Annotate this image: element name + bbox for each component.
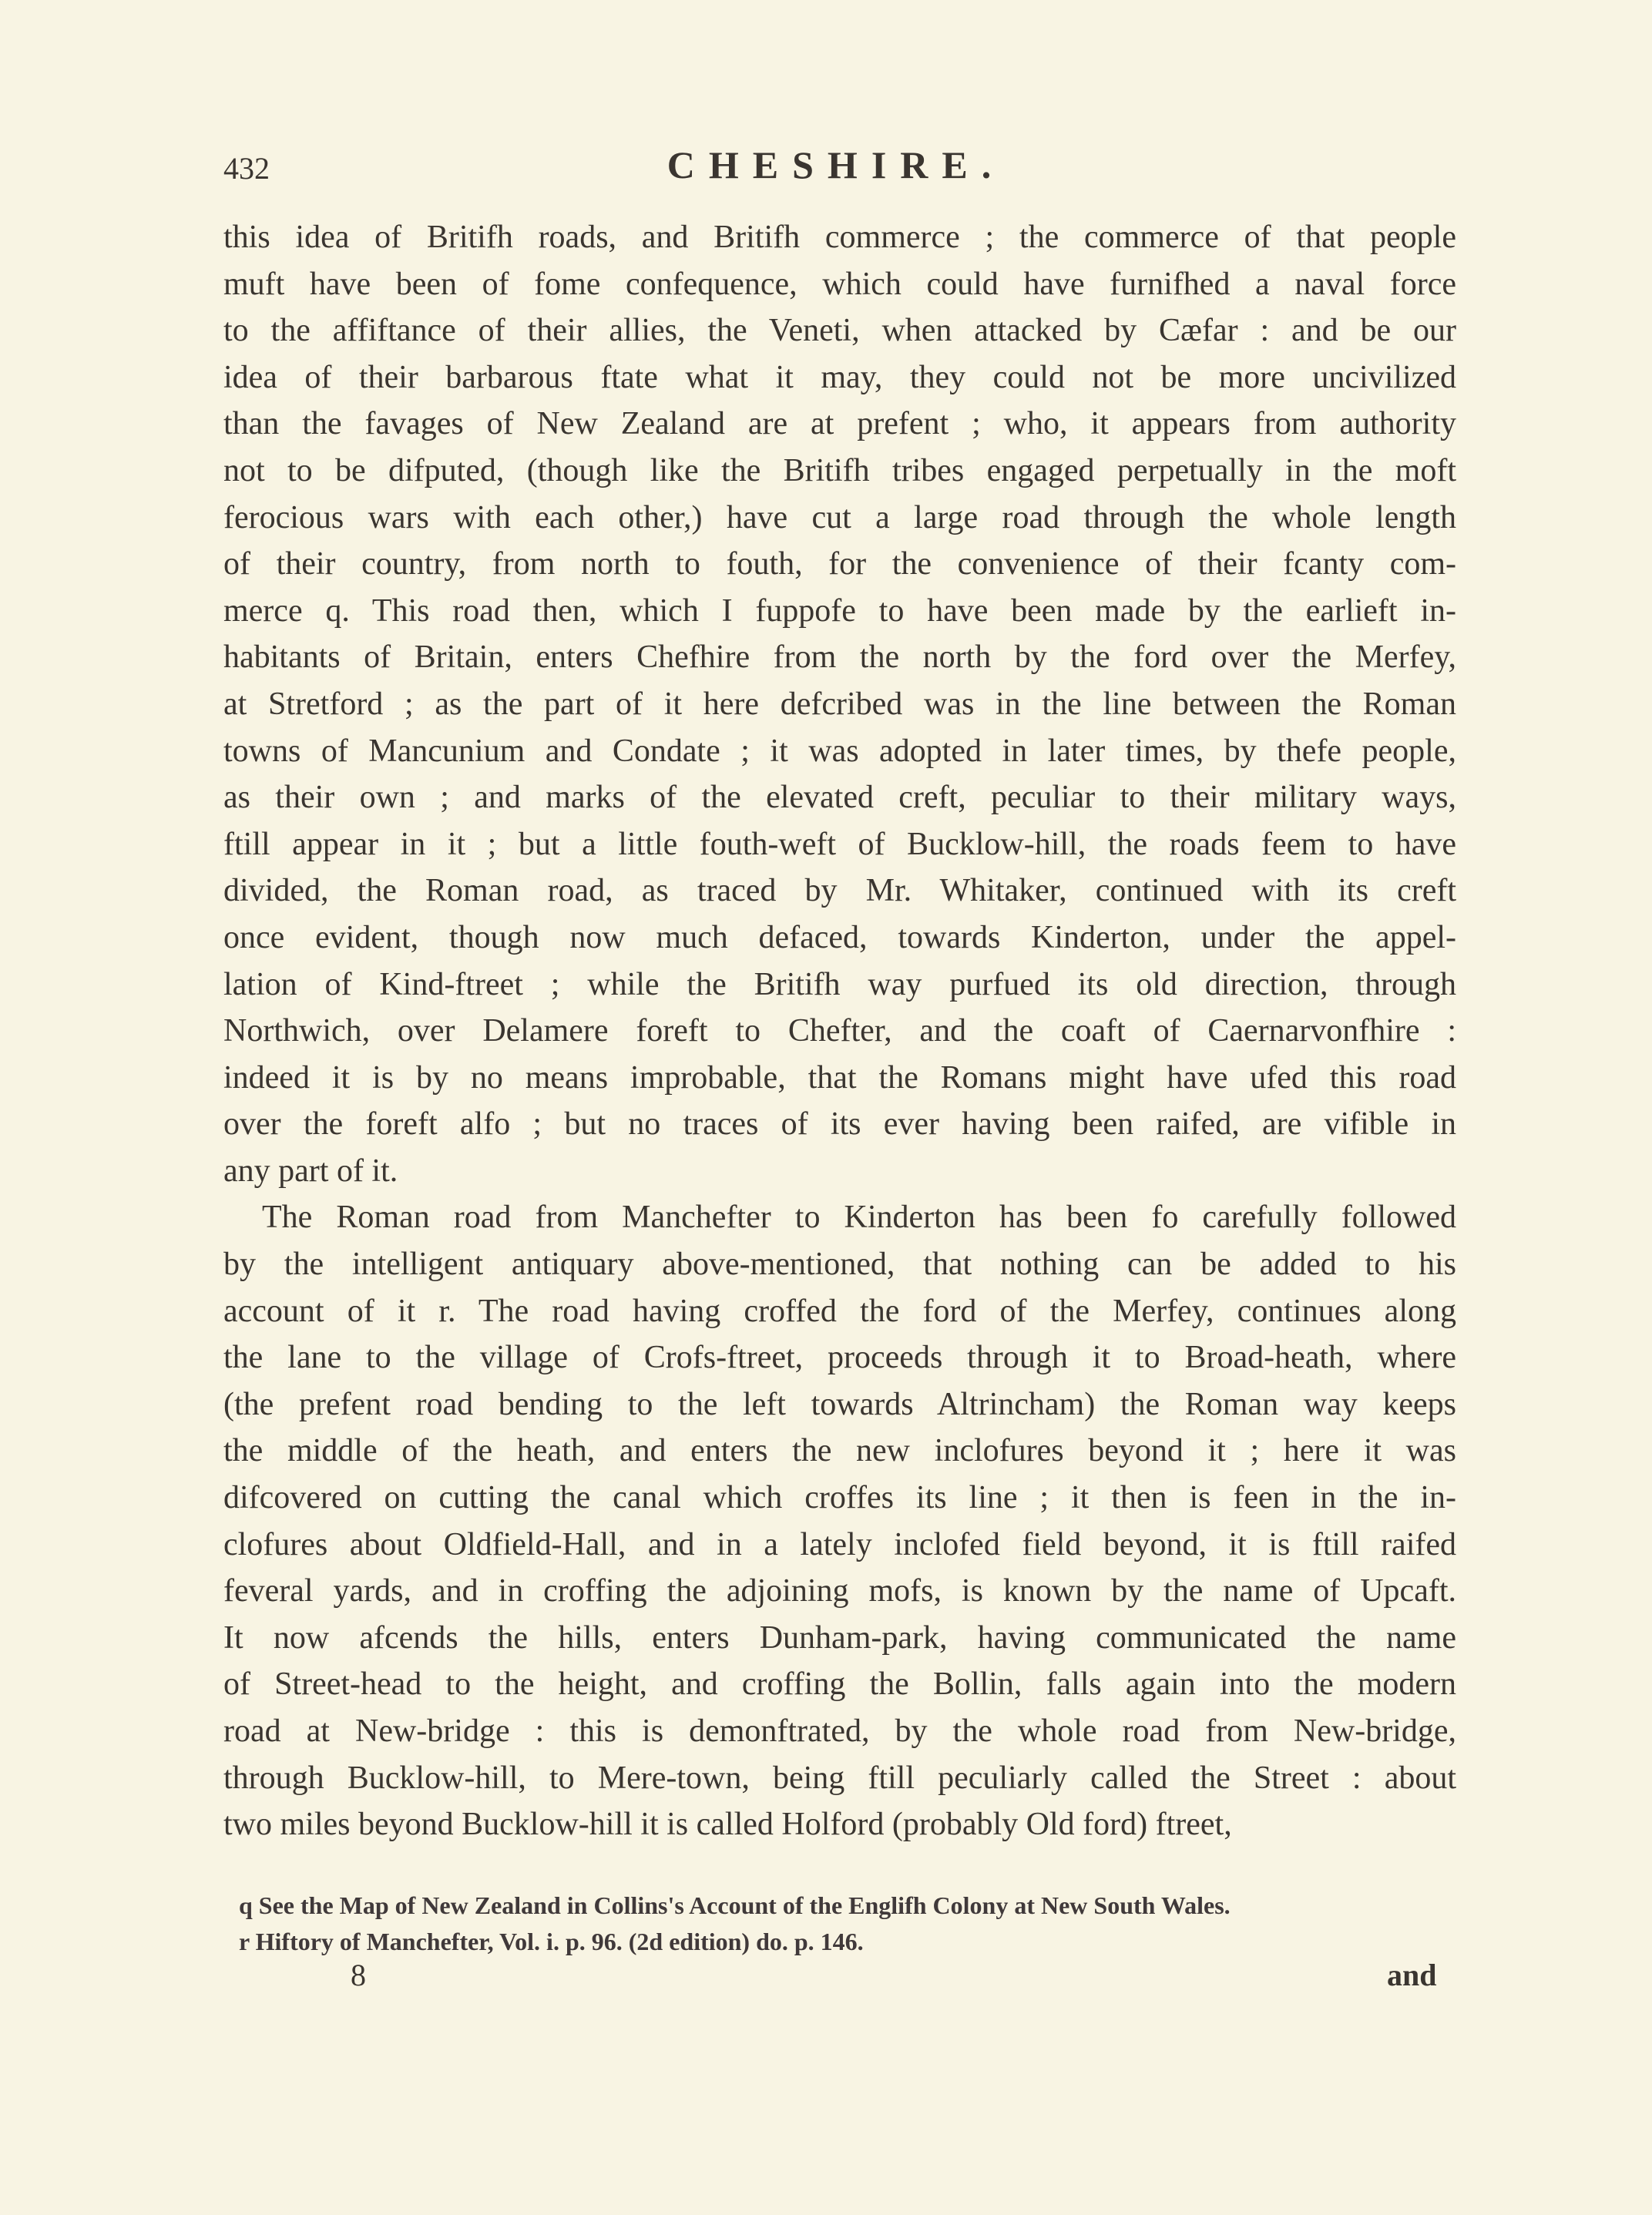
text-line: to the affiftance of their allies, the V… [223,307,1456,354]
text-line: indeed it is by no means improbable, tha… [223,1055,1456,1102]
text-line: towns of Mancunium and Condate ; it was … [223,728,1456,775]
text-line: road at New-bridge : this is demonftrate… [223,1708,1456,1755]
text-line: idea of their barbarous ftate what it ma… [223,354,1456,401]
text-line: habitants of Britain, enters Chefhire fr… [223,634,1456,681]
text-line: muft have been of fome confequence, whic… [223,261,1456,308]
text-line: lation of Kind-ftreet ; while the Britif… [223,962,1456,1008]
text-line: not to be difputed, (though like the Bri… [223,448,1456,495]
text-line: account of it r. The road having croffed… [223,1288,1456,1335]
text-line: (the prefent road bending to the left to… [223,1381,1456,1428]
text-line: clofures about Oldfield-Hall, and in a l… [223,1522,1456,1569]
text-line: ferocious wars with each other,) have cu… [223,495,1456,542]
page-header: 432 CHESHIRE. [223,143,1449,204]
body-text: this idea of Britifh roads, and Britifh … [223,214,1456,1848]
text-line: divided, the Roman road, as traced by Mr… [223,868,1456,915]
footnote-r: r Hiftory of Manchefter, Vol. i. p. 96. … [239,1924,1472,1960]
text-line: difcovered on cutting the canal which cr… [223,1475,1456,1522]
catchword: and [1387,1957,1437,1993]
text-line: two miles beyond Bucklow-hill it is call… [223,1801,1456,1848]
text-line: Northwich, over Delamere foreft to Cheft… [223,1008,1456,1055]
text-line: It now afcends the hills, enters Dunham-… [223,1615,1456,1662]
text-line: the middle of the heath, and enters the … [223,1428,1456,1475]
text-line: through Bucklow-hill, to Mere-town, bein… [223,1755,1456,1802]
text-line: at Stretford ; as the part of it here de… [223,681,1456,728]
text-line: of Street-head to the height, and croffi… [223,1661,1456,1708]
text-line: once evident, though now much defaced, t… [223,915,1456,962]
text-line: the lane to the village of Crofs-ftreet,… [223,1334,1456,1381]
text-line: The Roman road from Manchefter to Kinder… [223,1194,1456,1241]
footnotes: q See the Map of New Zealand in Collins'… [239,1888,1472,1960]
text-line: over the foreft alfo ; but no traces of … [223,1101,1456,1148]
text-line: by the intelligent antiquary above-menti… [223,1241,1456,1288]
text-line: of their country, from north to fouth, f… [223,541,1456,588]
text-line: ftill appear in it ; but a little fouth-… [223,821,1456,868]
text-line: this idea of Britifh roads, and Britifh … [223,214,1456,261]
text-line: as their own ; and marks of the elevated… [223,774,1456,821]
running-title: CHESHIRE. [223,143,1449,187]
text-line: any part of it. [223,1148,1456,1195]
text-line: than the favages of New Zealand are at p… [223,401,1456,448]
footnote-q: q See the Map of New Zealand in Collins'… [239,1888,1472,1924]
text-line: merce q. This road then, which I fuppofe… [223,588,1456,635]
text-line: feveral yards, and in croffing the adjoi… [223,1568,1456,1615]
signature-mark: 8 [351,1957,366,1993]
